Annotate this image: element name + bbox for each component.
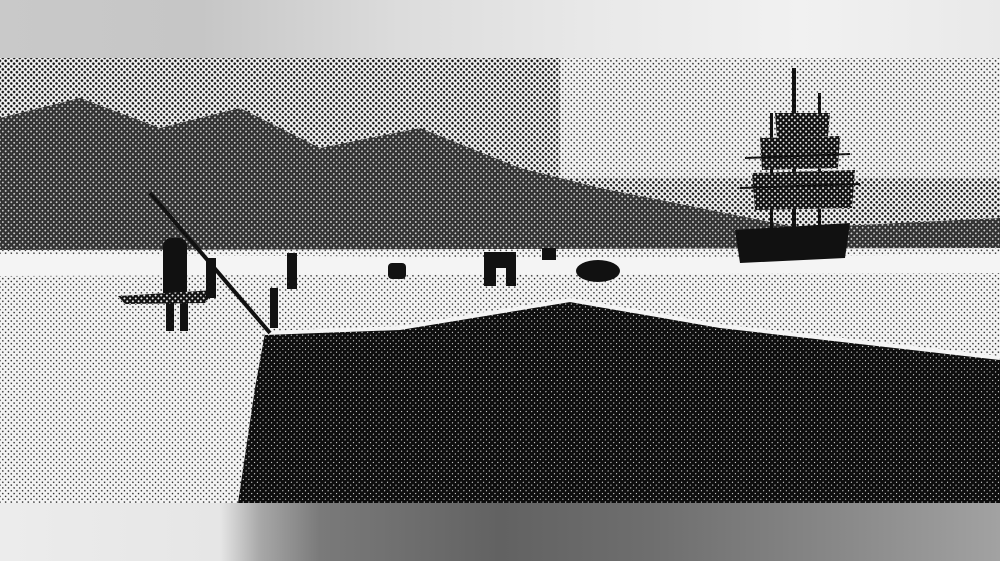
foreground-ice [0,308,270,503]
distant-figure [287,253,297,289]
distant-object [388,263,406,279]
distant-figure [206,258,216,298]
blurred-frame-bottom [0,503,1000,561]
halftone-photograph [0,58,1000,503]
blurred-frame-top [0,0,1000,58]
distant-figure [270,288,278,328]
distant-boat [576,260,620,282]
distant-object [542,248,556,260]
